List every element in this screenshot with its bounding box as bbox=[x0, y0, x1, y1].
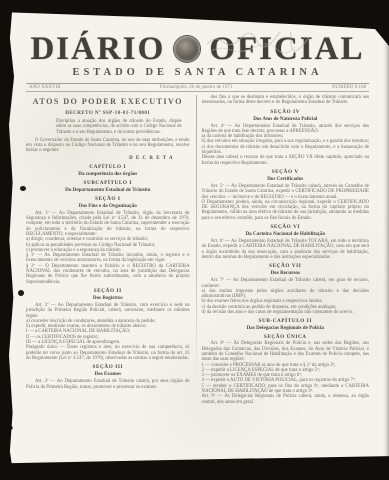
chapter-1-heading: CAPÍTULO I bbox=[26, 164, 190, 170]
section-7-subheading: Dos Recursos bbox=[202, 270, 369, 276]
decreta-word: D E C R E T A bbox=[26, 156, 190, 161]
dateline-divider bbox=[26, 91, 369, 92]
dateline: ANO XXXVIII Florianópolis, 26 de janeiro… bbox=[26, 85, 369, 90]
section-4-heading: SEÇÃO IV bbox=[202, 109, 369, 115]
left-column: ATOS DO PODER EXECUTIVO DECRETO Nº SSP-1… bbox=[26, 95, 190, 407]
article-3-text: Art. 3º — Ao Departamento Estadual de Tr… bbox=[26, 379, 190, 390]
decree-preamble: O Governador do Estado de Santa Catarina… bbox=[26, 138, 190, 154]
coat-of-arms-icon bbox=[174, 36, 200, 62]
continuation-text: dos fins a que se destinam e estabelecid… bbox=[202, 95, 369, 106]
dateline-ano: ANO XXXVIII bbox=[29, 85, 61, 90]
section-3-heading: SEÇÃO III bbox=[26, 364, 190, 370]
chapter-1-subheading: Da competência dos órgãos bbox=[26, 171, 190, 177]
dateline-numero: NÚMERO 9.168 bbox=[332, 85, 366, 90]
article-5-text: Art. 5º — Ao Departamento Estadual de Tr… bbox=[202, 184, 369, 221]
subchapter-2-heading: SUB-CAPÍTULO II bbox=[202, 318, 369, 324]
section-6-subheading: Da Carteira Nacional de Habilitação bbox=[202, 231, 369, 237]
paper: DIÁRIO OFICIAL ESTADO DE SANTA CATARINA … bbox=[0, 8, 389, 470]
scanned-gazette-page: DIÁRIO OFICIAL ESTADO DE SANTA CATARINA … bbox=[0, 0, 389, 480]
page-content: DIÁRIO OFICIAL ESTADO DE SANTA CATARINA … bbox=[0, 8, 389, 407]
section-4-subheading: Dos Atos de Natureza Policial bbox=[202, 116, 369, 122]
section-3-subheading: Dos Exames bbox=[26, 371, 190, 377]
section-1-heading: SEÇÃO I bbox=[26, 196, 190, 202]
dateline-date: Florianópolis, 26 de janeiro de 1971 bbox=[160, 85, 233, 90]
article-1-text: Art. 1º — Ao Departamento Estadual de Tr… bbox=[26, 211, 190, 285]
article-columns: ATOS DO PODER EXECUTIVO DECRETO Nº SSP-1… bbox=[26, 95, 369, 407]
section-6-heading: SEÇÃO VI bbox=[202, 224, 369, 230]
article-8-text: Art. 8º — Às Delegacias Regionais de Pol… bbox=[202, 341, 369, 405]
article-6-text: Art. 6º — Ao Departamento Estadual de Tr… bbox=[202, 239, 369, 260]
subchapter-1-heading: SUBCAPÍTULO I bbox=[26, 180, 190, 186]
column-rule bbox=[196, 95, 197, 407]
decree-number: DECRETO Nº SSP-10-01-71/0001 bbox=[26, 110, 190, 116]
article-4-text: Art. 4º — Ao Departamento Estadual de Tr… bbox=[202, 124, 369, 166]
section-5-subheading: Dos Certificados bbox=[202, 176, 369, 182]
subchapter-1-subheading: Do Departamento Estadual de Trânsito bbox=[26, 187, 190, 193]
masthead-title-left: DIÁRIO bbox=[30, 34, 165, 64]
decree-ementa: Disciplina a atuação dos órgãos de trâns… bbox=[56, 119, 182, 135]
subchapter-2-subheading: Das Delegacias Regionais de Polícia bbox=[202, 325, 369, 331]
ink-blot bbox=[18, 290, 24, 296]
ink-blot bbox=[20, 186, 26, 191]
masthead-subtitle: ESTADO DE SANTA CATARINA bbox=[26, 67, 369, 78]
section-unica-heading: SEÇÃO ÚNICA bbox=[202, 334, 369, 340]
section-5-heading: SEÇÃO V bbox=[202, 169, 369, 175]
section-title-atos-poder-executivo: ATOS DO PODER EXECUTIVO bbox=[26, 97, 190, 106]
section-2-subheading: Dos Registros bbox=[26, 295, 190, 301]
article-2-text: Art. 2º — Ao Departamento Estadual de Tr… bbox=[26, 303, 190, 361]
section-1-subheading: Dos Fins e da Organização bbox=[26, 203, 190, 209]
pencil-annotation bbox=[205, 32, 325, 56]
article-7-text: Art. 7º — Ao Departamento Estadual de Tr… bbox=[202, 278, 369, 315]
section-2-heading: SEÇÃO II bbox=[26, 288, 190, 294]
section-7-heading: SEÇÃO VII bbox=[202, 263, 369, 269]
masthead-divider bbox=[26, 83, 369, 84]
right-column: dos fins a que se destinam e estabelecid… bbox=[202, 95, 369, 407]
